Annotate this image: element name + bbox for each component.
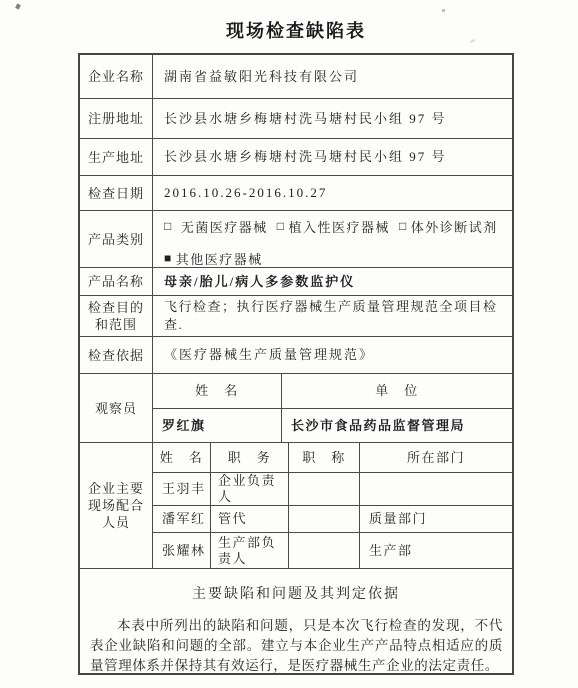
row-value: 湖南省益敏阳光科技有限公司 — [153, 55, 512, 98]
column-header-department: 所在部门 — [360, 443, 512, 472]
category-option: □植入性医疗器械 — [277, 217, 390, 236]
checkbox-unchecked-icon: □ — [277, 219, 286, 234]
row-value: 长沙县水塘乡梅塘村洗马塘村民小组 97 号 — [153, 139, 512, 175]
cooperator-department: 生产部 — [360, 533, 512, 568]
row-label: 检查依据 — [80, 337, 153, 373]
row-label: 产品类别 — [80, 211, 153, 267]
row-label: 生产地址 — [80, 139, 153, 175]
checkbox-checked-icon: ■ — [164, 251, 173, 266]
row-label: 企业名称 — [80, 55, 153, 98]
observer-header-row: 姓 名 单 位 — [153, 374, 512, 408]
row-label: 检查日期 — [80, 176, 153, 210]
table-row-registered-address: 注册地址 长沙县水塘乡梅塘村洗马塘村民小组 97 号 — [80, 98, 512, 138]
cooperators-subtable: 姓 名 职 务 职 称 所在部门 王羽丰 企业负责人 潘军红 管代 质量部门 张… — [153, 443, 512, 568]
row-label: 检查目的和范围 — [80, 296, 153, 336]
category-option-label: 体外诊断试剂 — [411, 217, 498, 236]
category-option-label: 其他医疗器械 — [176, 249, 263, 267]
column-header-name: 姓 名 — [153, 443, 211, 472]
row-value: 2016.10.26-2016.10.27 — [153, 176, 512, 210]
defects-disclaimer-paragraph: 本表中所列出的缺陷和问题，只是本次飞行检查的发现，不代表企业缺陷和问题的全部。建… — [80, 616, 512, 673]
section-label: 观察员 — [80, 374, 153, 442]
table-row-company-name: 企业名称 湖南省益敏阳光科技有限公司 — [80, 55, 512, 98]
cooperator-duty: 企业负责人 — [211, 473, 289, 505]
category-options-line: ■其他医疗器械 — [164, 249, 508, 267]
category-option-label: 无菌医疗器械 — [181, 217, 268, 236]
table-row-product-category: 产品类别 □无菌医疗器械 □植入性医疗器械 □体外诊断试剂 ■其他医疗器械 — [80, 210, 512, 267]
category-option: □无菌医疗器械 — [164, 217, 268, 236]
table-row-inspection-purpose: 检查目的和范围 飞行检查；执行医疗器械生产质量管理规范全项目检查. — [80, 295, 512, 336]
cooperators-header-row: 姓 名 职 务 职 称 所在部门 — [153, 443, 512, 472]
table-row-product-name: 产品名称 母亲/胎儿/病人多参数监护仪 — [80, 267, 512, 295]
document-title: 现场检查缺陷表 — [78, 17, 514, 43]
scan-artifact — [15, 3, 21, 9]
checkbox-unchecked-icon: □ — [399, 219, 408, 234]
observer-name: 罗红旗 — [153, 409, 282, 442]
cooperator-name: 王羽丰 — [153, 473, 211, 505]
row-value: 长沙县水塘乡梅塘村洗马塘村民小组 97 号 — [153, 99, 512, 138]
row-value: 《医疗器械生产质量管理规范》 — [153, 337, 512, 373]
row-value: 飞行检查；执行医疗器械生产质量管理规范全项目检查. — [153, 296, 512, 336]
scan-artifact — [442, 9, 445, 12]
cooperator-duty: 生产部负责人 — [211, 533, 289, 568]
cooperator-department — [360, 473, 512, 505]
row-label: 注册地址 — [80, 99, 153, 138]
column-header-name: 姓 名 — [153, 374, 282, 408]
table-section-cooperators: 企业主要现场配合人员 姓 名 职 务 职 称 所在部门 王羽丰 企业负责人 潘军… — [80, 442, 512, 568]
defects-section-header: 主要缺陷和问题及其判定依据 — [80, 583, 512, 603]
table-row-inspection-date: 检查日期 2016.10.26-2016.10.27 — [80, 175, 512, 210]
category-option-label: 植入性医疗器械 — [289, 217, 391, 236]
category-options-line: □无菌医疗器械 □植入性医疗器械 □体外诊断试剂 — [164, 217, 508, 236]
observer-data-row: 罗红旗 长沙市食品药品监督管理局 — [153, 408, 512, 442]
table-section-observer: 观察员 姓 名 单 位 罗红旗 长沙市食品药品监督管理局 — [80, 373, 512, 442]
product-category-cell: □无菌医疗器械 □植入性医疗器械 □体外诊断试剂 ■其他医疗器械 — [153, 211, 512, 267]
cooperator-row: 潘军红 管代 质量部门 — [153, 505, 512, 532]
observer-subtable: 姓 名 单 位 罗红旗 长沙市食品药品监督管理局 — [153, 374, 512, 442]
table-section-defects: 主要缺陷和问题及其判定依据 本表中所列出的缺陷和问题，只是本次飞行检查的发现，不… — [80, 568, 512, 673]
cooperator-title — [289, 533, 360, 568]
section-label: 企业主要现场配合人员 — [80, 443, 153, 568]
cooperator-duty: 管代 — [211, 506, 289, 532]
column-header-unit: 单 位 — [282, 374, 512, 408]
inspection-form-table: 企业名称 湖南省益敏阳光科技有限公司 注册地址 长沙县水塘乡梅塘村洗马塘村民小组… — [78, 53, 514, 675]
row-label: 产品名称 — [80, 268, 153, 295]
checkbox-unchecked-icon: □ — [164, 219, 173, 234]
cooperator-row: 张耀林 生产部负责人 生产部 — [153, 532, 512, 568]
cooperator-name: 张耀林 — [153, 533, 211, 568]
category-option-selected: ■其他医疗器械 — [164, 249, 263, 267]
cooperator-row: 王羽丰 企业负责人 — [153, 472, 512, 505]
table-row-production-address: 生产地址 长沙县水塘乡梅塘村洗马塘村民小组 97 号 — [80, 138, 512, 175]
cooperator-name: 潘军红 — [153, 506, 211, 532]
column-header-duty: 职 务 — [211, 443, 289, 472]
observer-unit: 长沙市食品药品监督管理局 — [282, 409, 512, 442]
cooperator-title — [289, 506, 360, 532]
table-row-inspection-basis: 检查依据 《医疗器械生产质量管理规范》 — [80, 336, 512, 373]
row-value: 母亲/胎儿/病人多参数监护仪 — [153, 268, 512, 295]
cooperator-department: 质量部门 — [360, 506, 512, 532]
category-option: □体外诊断试剂 — [399, 217, 498, 236]
column-header-title: 职 称 — [289, 443, 360, 472]
cooperator-title — [289, 473, 360, 505]
